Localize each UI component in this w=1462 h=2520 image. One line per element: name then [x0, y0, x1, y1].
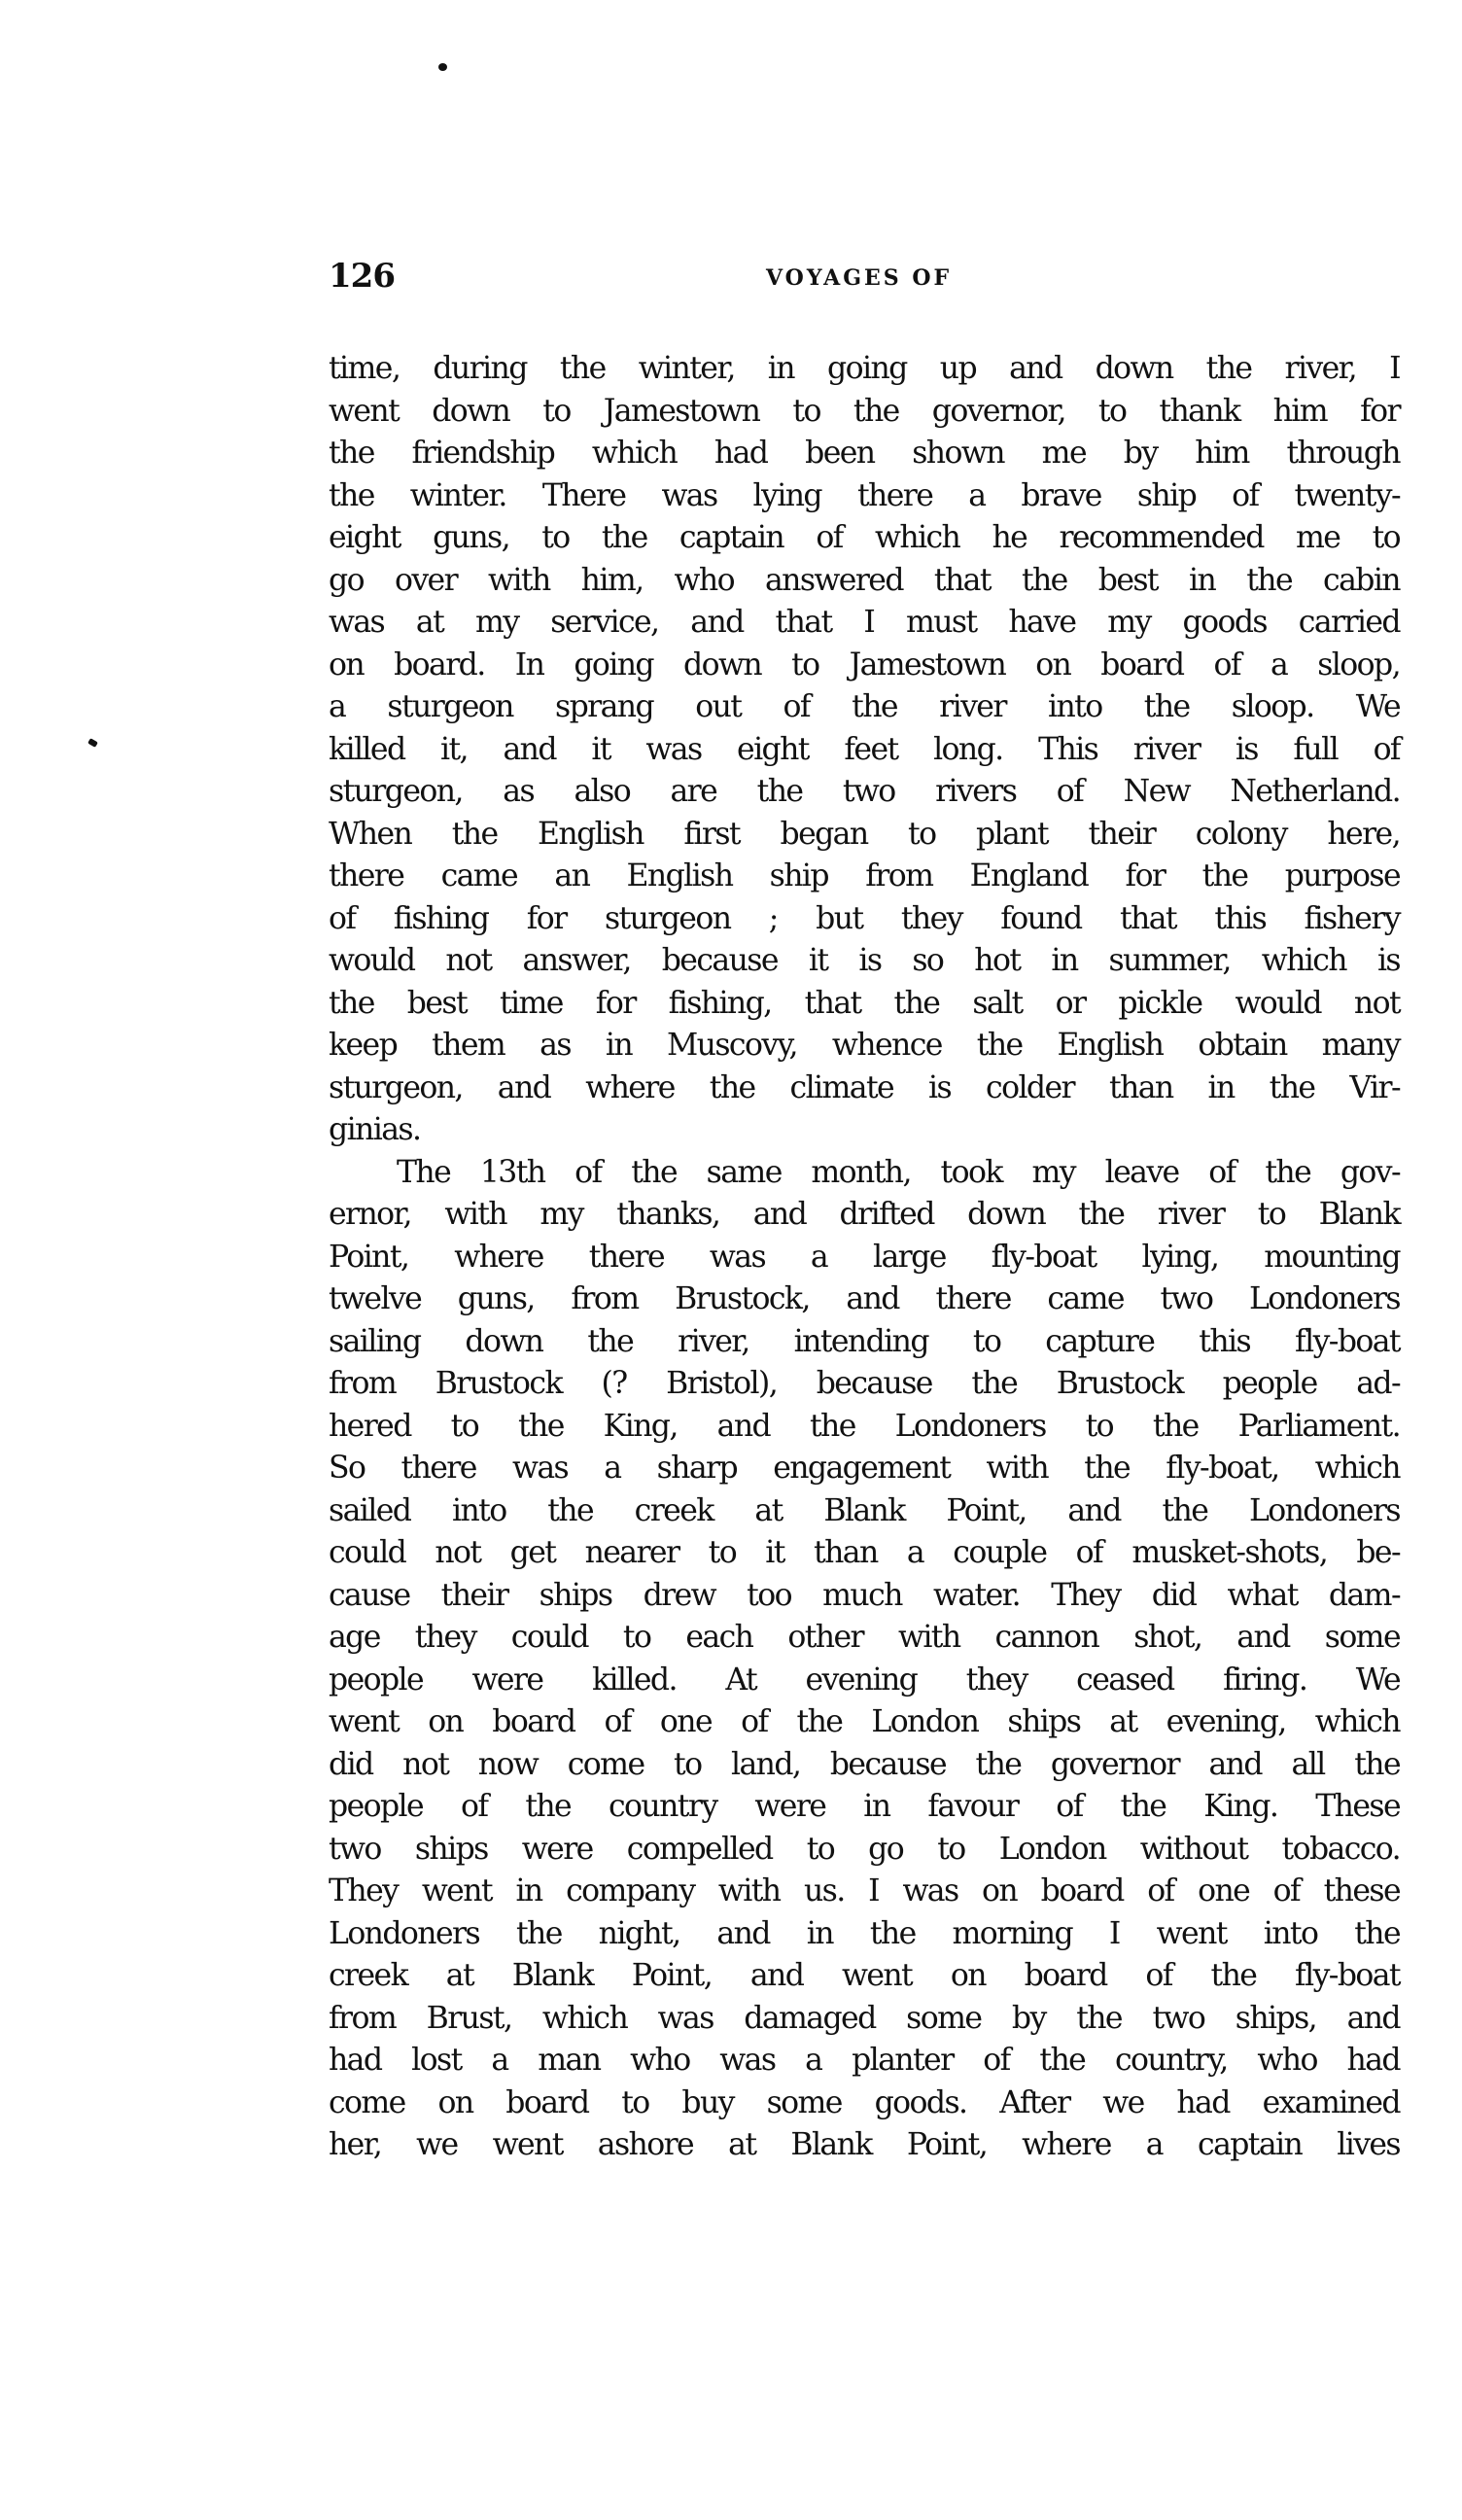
text-line: there came an English ship from England …: [329, 856, 1400, 898]
margin-speck-mark: [87, 738, 98, 748]
text-line: go over with him, who answered that the …: [329, 560, 1400, 603]
text-line: time, during the winter, in going up and…: [329, 348, 1400, 391]
text-line: people of the country were in favour of …: [329, 1786, 1400, 1829]
text-line: from Brust, which was damaged some by th…: [329, 1998, 1400, 2041]
text-line: come on board to buy some goods. After w…: [329, 2082, 1400, 2125]
text-line: eight guns, to the captain of which he r…: [329, 517, 1400, 560]
text-line: from Brustock (? Bristol), because the B…: [329, 1363, 1400, 1406]
text-line: hered to the King, and the Londoners to …: [329, 1406, 1400, 1449]
text-line: did not now come to land, because the go…: [329, 1744, 1400, 1787]
text-line: on board. In going down to Jamestown on …: [329, 645, 1400, 687]
text-line: her, we went ashore at Blank Point, wher…: [329, 2124, 1400, 2167]
paragraph-start-line: The 13th of the same month, took my leav…: [329, 1152, 1400, 1195]
text-line: Point, where there was a large fly-boat …: [329, 1237, 1400, 1279]
text-line: killed it, and it was eight feet long. T…: [329, 729, 1400, 772]
text-line: two ships were compelled to go to London…: [329, 1829, 1400, 1872]
running-head: 126 VOYAGES OF: [329, 255, 1400, 297]
running-title: VOYAGES OF: [766, 259, 952, 297]
text-line: would not answer, because it is so hot i…: [329, 940, 1400, 983]
text-line: They went in company with us. I was on b…: [329, 1871, 1400, 1913]
text-line: cause their ships drew too much water. T…: [329, 1575, 1400, 1618]
book-page: 126 VOYAGES OF time, during the winter, …: [0, 0, 1462, 2520]
text-line: sturgeon, as also are the two rivers of …: [329, 771, 1400, 814]
text-line: of fishing for sturgeon ; but they found…: [329, 898, 1400, 941]
text-line: the winter. There was lying there a brav…: [329, 475, 1400, 518]
text-line: Londoners the night, and in the morning …: [329, 1913, 1400, 1956]
text-line: ernor, with my thanks, and drifted down …: [329, 1194, 1400, 1237]
page-number: 126: [329, 255, 395, 297]
text-line: could not get nearer to it than a couple…: [329, 1532, 1400, 1575]
text-line: sturgeon, and where the climate is colde…: [329, 1067, 1400, 1110]
text-line: the friendship which had been shown me b…: [329, 433, 1400, 475]
text-line: So there was a sharp engagement with the…: [329, 1448, 1400, 1490]
paragraph-end-line: ginias.: [329, 1109, 1400, 1152]
text-line: was at my service, and that I must have …: [329, 602, 1400, 645]
text-line: a sturgeon sprang out of the river into …: [329, 686, 1400, 729]
text-line: had lost a man who was a planter of the …: [329, 2040, 1400, 2082]
text-line: twelve guns, from Brustock, and there ca…: [329, 1278, 1400, 1321]
text-line: the best time for fishing, that the salt…: [329, 983, 1400, 1026]
text-line: went down to Jamestown to the governor, …: [329, 391, 1400, 434]
text-line: keep them as in Muscovy, whence the Engl…: [329, 1025, 1400, 1067]
text-line: creek at Blank Point, and went on board …: [329, 1955, 1400, 1998]
print-speck-mark: [438, 63, 447, 71]
text-line: When the English first began to plant th…: [329, 814, 1400, 857]
text-line: went on board of one of the London ships…: [329, 1701, 1400, 1744]
text-line: age they could to each other with cannon…: [329, 1617, 1400, 1660]
text-line: sailing down the river, intending to cap…: [329, 1321, 1400, 1364]
body-text: time, during the winter, in going up and…: [329, 348, 1400, 2167]
text-line: sailed into the creek at Blank Point, an…: [329, 1490, 1400, 1533]
text-line: people were killed. At evening they ceas…: [329, 1660, 1400, 1702]
